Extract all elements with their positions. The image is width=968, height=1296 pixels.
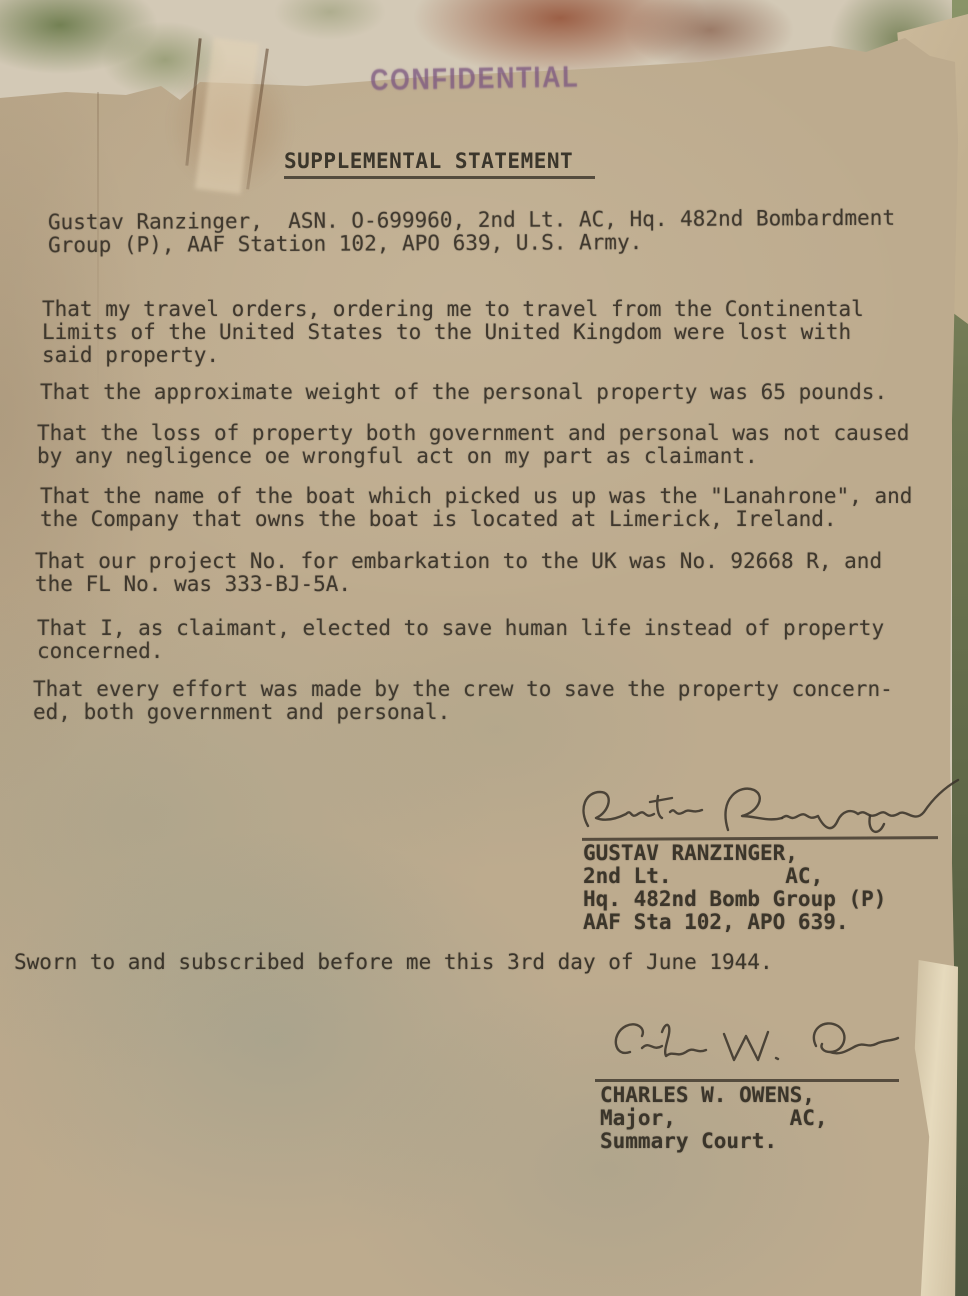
signature-rule (595, 1079, 899, 1082)
statement-paragraph: That our project No. for embarkation to … (35, 550, 882, 596)
officer-typed-block: CHARLES W. OWENS, Major, AC, Summary Cou… (600, 1084, 828, 1153)
document-title: SUPPLEMENTAL STATEMENT (284, 149, 595, 179)
charles-owens-signature (596, 1008, 906, 1082)
attestation-line: Sworn to and subscribed before me this 3… (14, 951, 773, 974)
confidential-stamp: CONFIDENTIAL (370, 61, 580, 98)
claimant-typed-block: GUSTAV RANZINGER, 2nd Lt. AC, Hq. 482nd … (583, 842, 886, 934)
statement-paragraph: That the loss of property both governmen… (37, 422, 909, 468)
statement-paragraph: That every effort was made by the crew t… (33, 678, 893, 724)
statement-paragraph: That my travel orders, ordering me to tr… (42, 298, 864, 367)
photo-of-document: CONFIDENTIAL SUPPLEMENTAL STATEMENT Gust… (0, 0, 968, 1296)
statement-paragraph: Gustav Ranzinger, ASN. O-699960, 2nd Lt.… (48, 207, 895, 257)
statement-paragraph: That the name of the boat which picked u… (40, 485, 912, 531)
statement-paragraph: That I, as claimant, elected to save hum… (37, 617, 884, 663)
statement-paragraph: That the approximate weight of the perso… (40, 381, 887, 404)
